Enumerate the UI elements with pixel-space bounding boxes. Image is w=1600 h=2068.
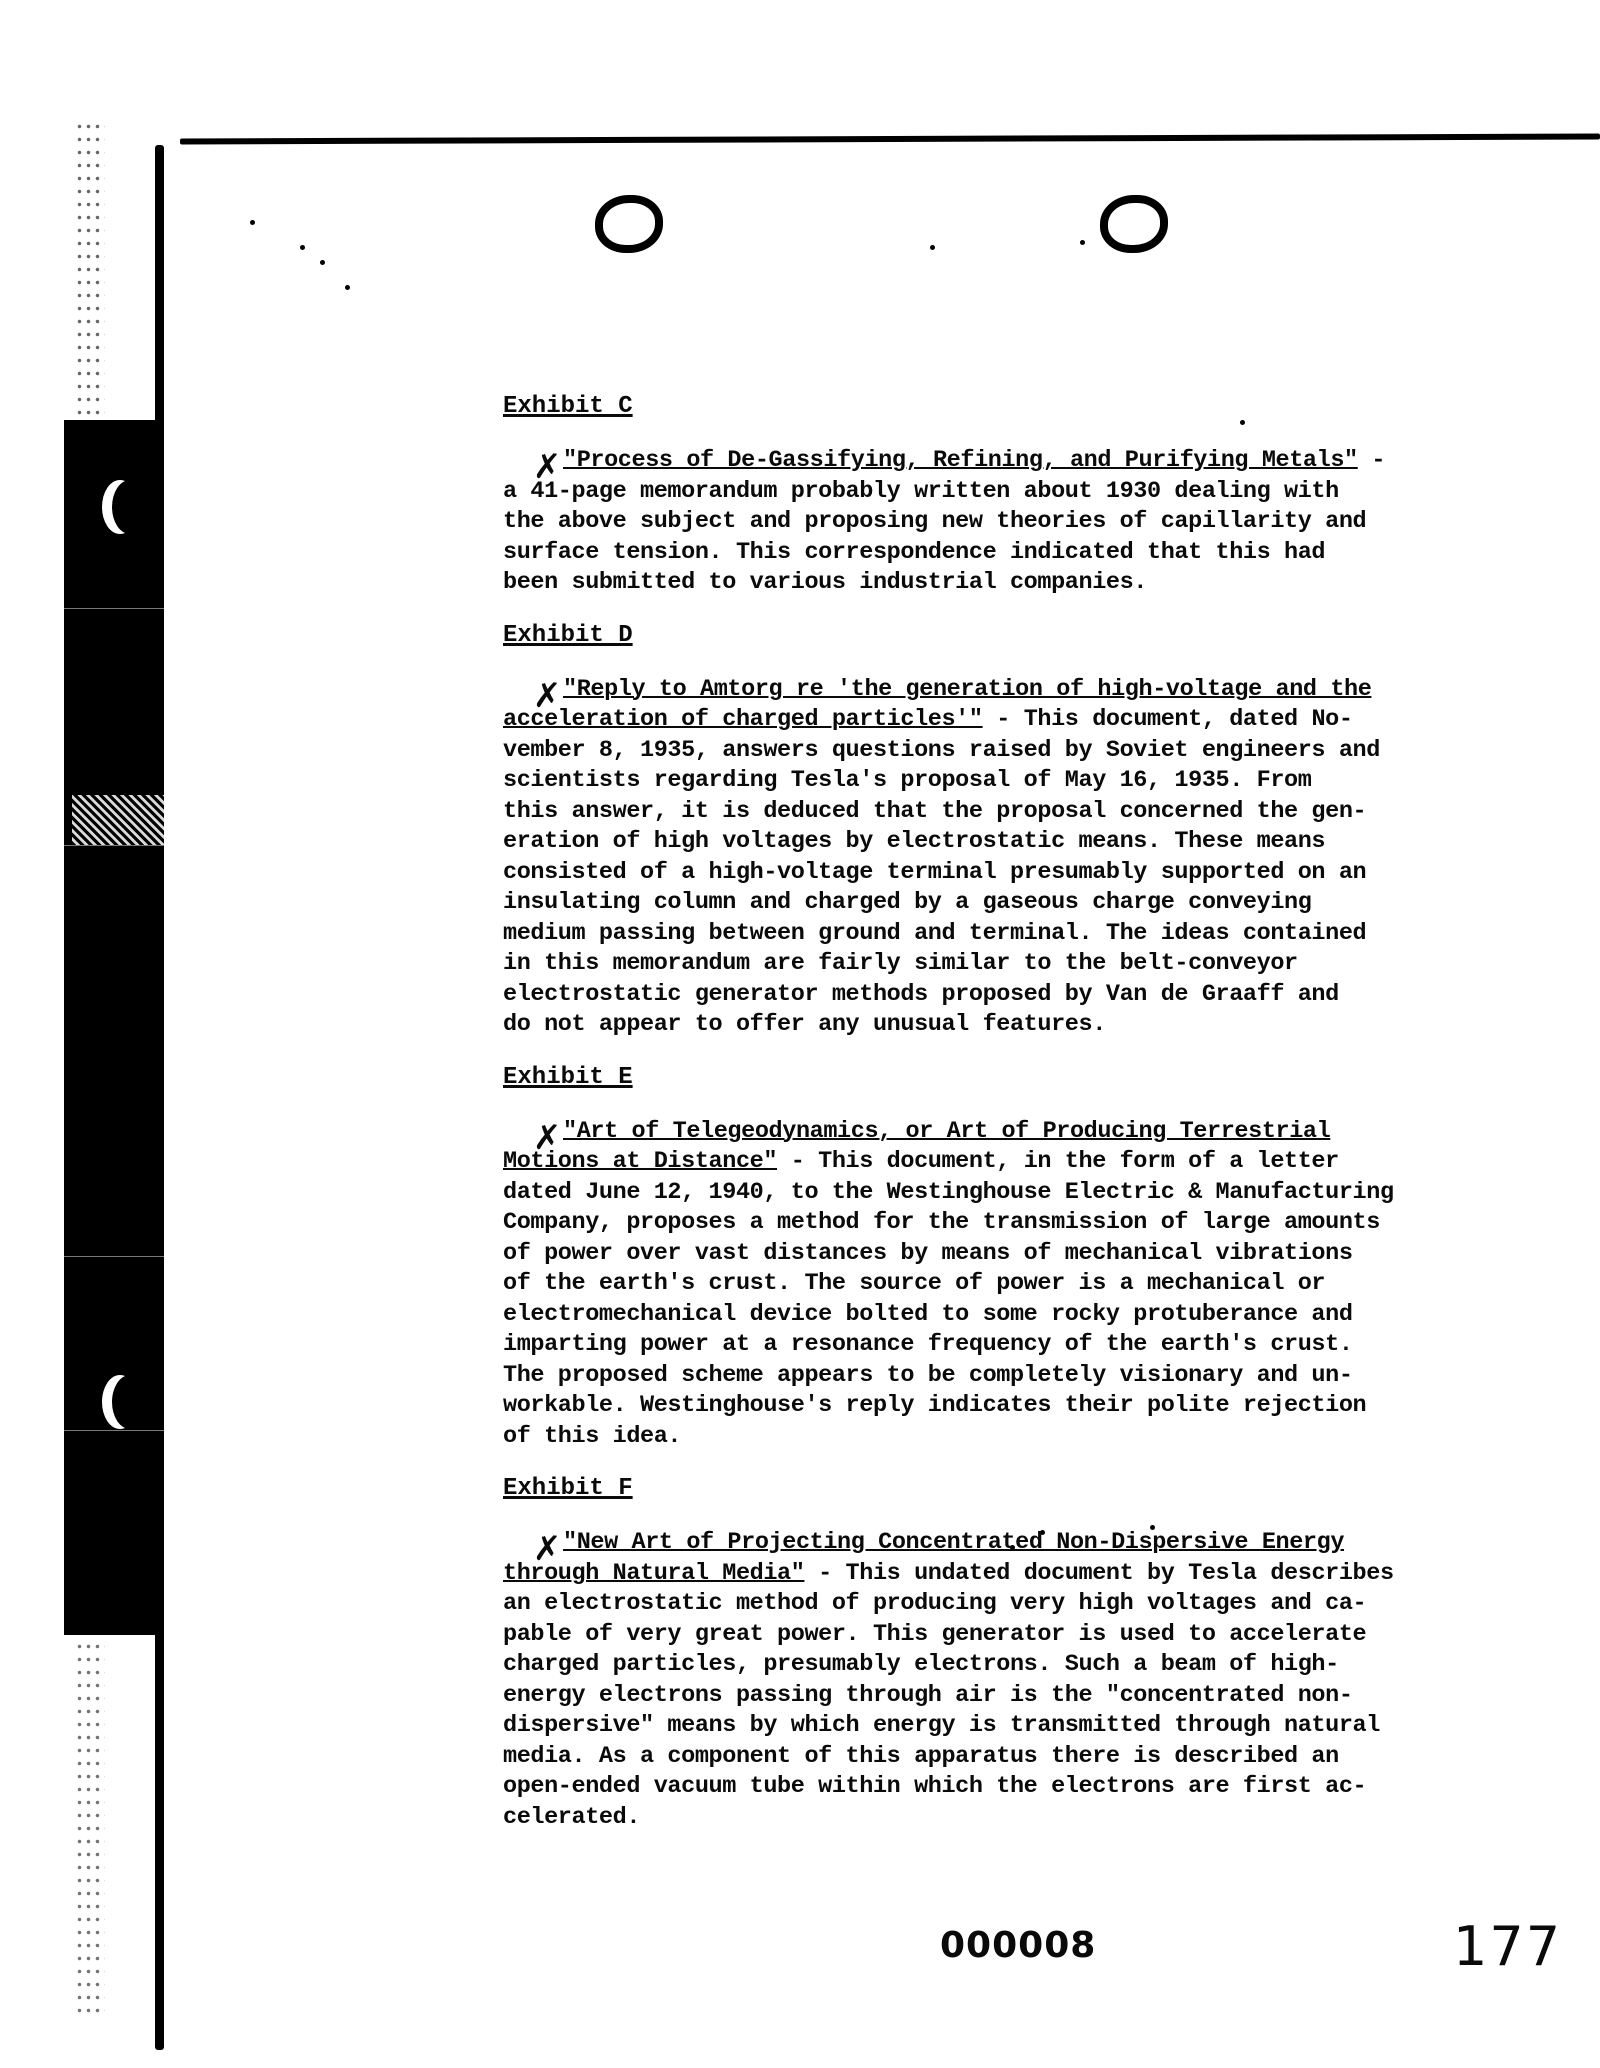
punch-hole-right: [1100, 195, 1168, 253]
exhibit-heading: Exhibit F: [503, 1474, 1503, 1504]
scan-speck: [320, 260, 325, 265]
scan-speck: [1080, 240, 1085, 245]
exhibit-heading: Exhibit E: [503, 1063, 1503, 1093]
scan-speck: [345, 285, 350, 290]
document-title: "Process of De-Gassifying, Refining, and…: [563, 447, 1358, 474]
film-strip-noise: [72, 795, 164, 845]
handwritten-check-mark-icon: ✗: [533, 679, 561, 713]
handwritten-page-number: 177: [1453, 1915, 1562, 1978]
film-frame-divider: [64, 845, 164, 846]
scan-speck: [250, 220, 255, 225]
exhibit-paragraph: ✗"Art of Telegeodynamics, or Art of Prod…: [503, 1117, 1503, 1453]
handwritten-check-mark-icon: ✗: [533, 1532, 561, 1566]
exhibit-e: Exhibit E ✗"Art of Telegeodynamics, or A…: [503, 1063, 1503, 1453]
punch-hole-left: [595, 195, 663, 253]
film-crescent-mark: [112, 480, 148, 534]
film-frame-divider: [64, 1430, 164, 1431]
exhibit-description: - This document, dated No- vember 8, 193…: [503, 706, 1380, 1038]
exhibit-paragraph: ✗"Reply to Amtorg re 'the generation of …: [503, 675, 1503, 1041]
exhibit-description: - This document, in the form of a letter…: [503, 1148, 1394, 1450]
handwritten-check-mark-icon: ✗: [533, 450, 561, 484]
scan-speck: [930, 245, 935, 250]
exhibit-description: - This undated document by Tesla describ…: [503, 1560, 1394, 1831]
film-crescent-mark: [112, 1375, 148, 1429]
scan-noise-bottom-left: [75, 1640, 105, 2020]
exhibit-paragraph: ✗"New Art of Projecting Concentrated Non…: [503, 1528, 1503, 1833]
scan-speck: [300, 245, 305, 250]
scan-noise-top-left: [75, 120, 105, 420]
film-frame-divider: [64, 1256, 164, 1257]
memo-page: Exhibit C ✗"Process of De-Gassifying, Re…: [503, 392, 1503, 1855]
exhibit-paragraph: ✗"Process of De-Gassifying, Refining, an…: [503, 446, 1503, 599]
exhibit-heading: Exhibit D: [503, 621, 1503, 651]
film-frame-divider: [64, 608, 164, 609]
scan-top-border: [180, 134, 1600, 145]
exhibit-d: Exhibit D ✗"Reply to Amtorg re 'the gene…: [503, 621, 1503, 1041]
exhibit-heading: Exhibit C: [503, 392, 1503, 422]
exhibit-c: Exhibit C ✗"Process of De-Gassifying, Re…: [503, 392, 1503, 599]
handwritten-check-mark-icon: ✗: [533, 1121, 561, 1155]
exhibit-f: Exhibit F ✗"New Art of Projecting Concen…: [503, 1474, 1503, 1833]
document-serial-stamp: 000008: [940, 1925, 1096, 1966]
film-strip-edge: [64, 420, 164, 1635]
